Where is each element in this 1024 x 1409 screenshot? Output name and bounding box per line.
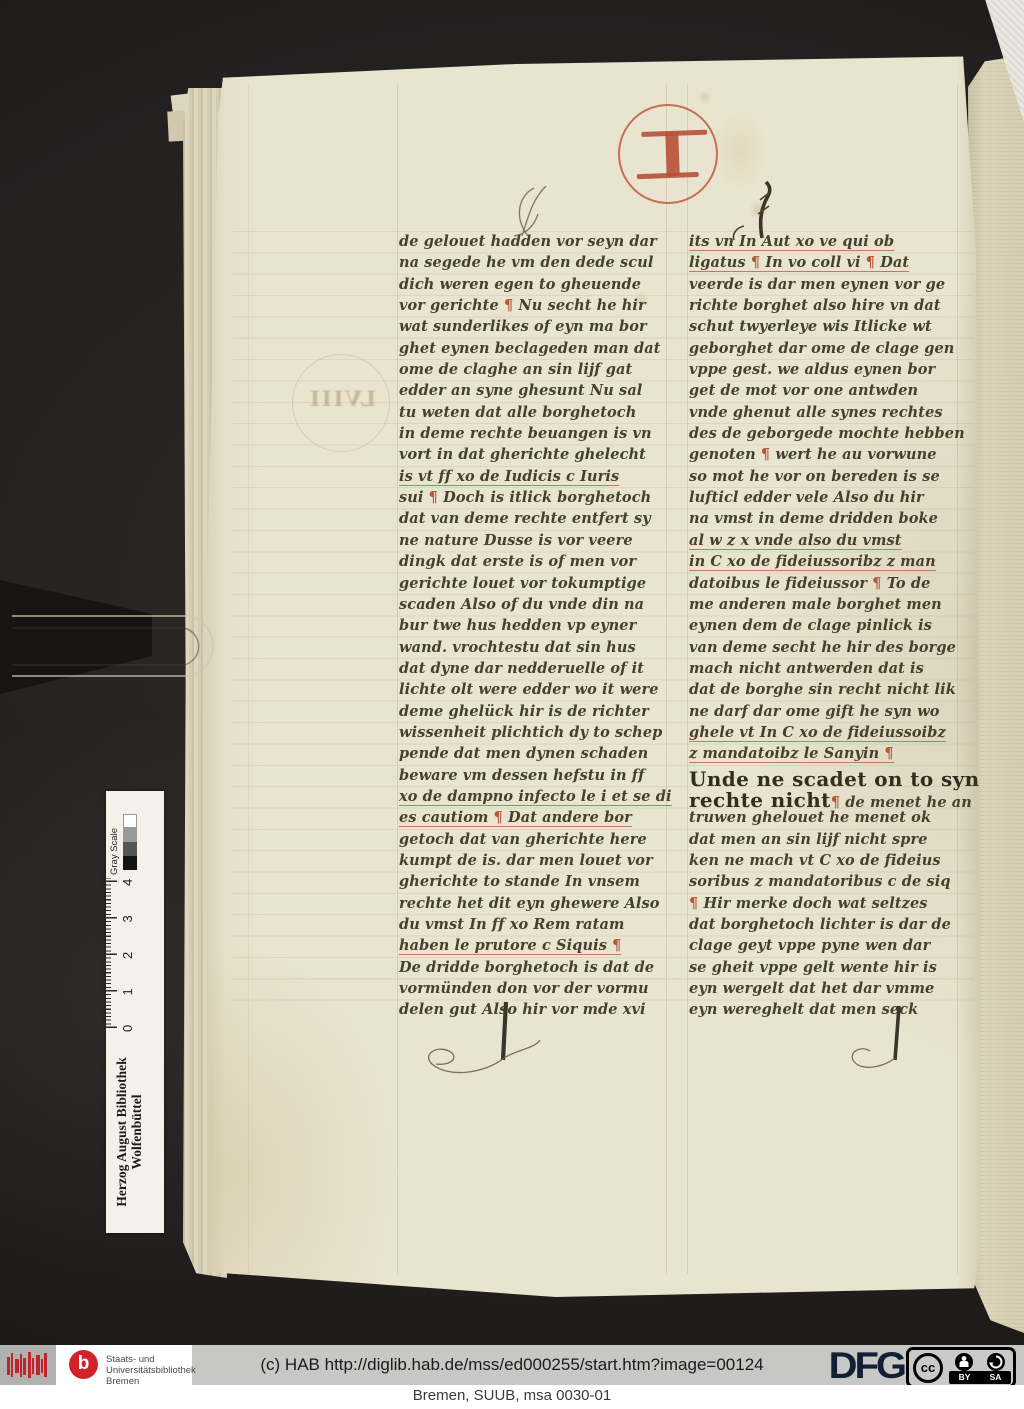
- manuscript-line: is vt ff xo de Iudicis c Iuris: [399, 468, 675, 489]
- manuscript-line: dingk dat erste is of men vor: [399, 553, 675, 574]
- manuscript-line: in deme rechte beuangen is vn: [399, 425, 675, 446]
- manuscript-line: gerichte louet vor tokumptige: [399, 575, 675, 596]
- manuscript-line: dat dyne dar nedderuelle of it: [399, 660, 675, 681]
- manuscript-line: tu weten dat alle borghetoch: [399, 404, 675, 425]
- showthrough-numeral: LVIII: [308, 386, 376, 411]
- manuscript-line: edder an syne ghesunt Nu sal: [399, 382, 675, 403]
- manuscript-line: xo de dampno infecto le i et se di: [399, 788, 675, 809]
- ruling-line: [687, 84, 688, 1274]
- manuscript-line: dat van deme rechte entfert sy: [399, 510, 675, 531]
- manuscript-line: dat de borghe sin recht nicht lik: [689, 681, 965, 702]
- manuscript-line: wand. vrochtestu dat sin hus: [399, 639, 675, 660]
- manuscript-line: ne nature Dusse is vor veere: [399, 532, 675, 553]
- manuscript-line: datoibus le fideiussor ¶ To de: [689, 575, 965, 596]
- manuscript-line: eynen dem de clage pinlick is: [689, 617, 965, 638]
- manuscript-line: lichte olt were edder wo it were: [399, 681, 675, 702]
- manuscript-line: es cautiom ¶ Dat andere bor: [399, 809, 675, 830]
- manuscript-line: vor gerichte ¶ Nu secht he hir: [399, 297, 675, 318]
- manuscript-line: wissenheit plichtich dy to schep: [399, 724, 675, 745]
- ruling-line: [397, 84, 398, 1274]
- ruler-number: 1: [120, 988, 135, 995]
- manuscript-line: its vn In Aut xo ve qui ob: [689, 233, 965, 254]
- manuscript-line: beware vm dessen hefstu in ff: [399, 767, 675, 788]
- ruler-number: 3: [120, 915, 135, 922]
- cc-by-sa-labels: BYSA: [949, 1371, 1011, 1384]
- manuscript-line: van deme secht he hir des borge: [689, 639, 965, 660]
- manuscript-line: De dridde borghetoch is dat de: [399, 959, 675, 980]
- manuscript-photo: LVIII de gelouet hadden vor seyn darna s…: [0, 0, 1024, 1345]
- dfg-logo: DFG: [829, 1346, 904, 1387]
- manuscript-line: de gelouet hadden vor seyn dar: [399, 233, 675, 254]
- manuscript-line: in C xo de fideiussoribz z man: [689, 553, 965, 574]
- manuscript-line: richte borghet also hire vn dat: [689, 297, 965, 318]
- credit-bar: b Staats- und Universitätsbibliothek Bre…: [0, 1345, 1024, 1385]
- manuscript-line: dat borghetoch lichter is dar de: [689, 916, 965, 937]
- manuscript-line: al w z x vnde also du vmst: [689, 532, 965, 553]
- text-column-right: its vn In Aut xo ve qui obligatus ¶ In v…: [689, 233, 965, 1023]
- manuscript-line: get de mot vor one antwden: [689, 382, 965, 403]
- manuscript-page: LVIII de gelouet hadden vor seyn darna s…: [200, 54, 990, 1302]
- manuscript-line: me anderen male borghet men: [689, 596, 965, 617]
- manuscript-line: vormünden don vor der vormu: [399, 980, 675, 1001]
- manuscript-line: haben le prutore c Siquis ¶: [399, 937, 675, 958]
- gray-scale-label: Gray Scale: [109, 828, 120, 875]
- shelfmark-caption: Bremen, SUUB, msa 0030-01: [0, 1385, 1024, 1409]
- manuscript-line: scaden Also of du vnde din na: [399, 596, 675, 617]
- manuscript-line: schut twyerleye wis Itlicke wt: [689, 318, 965, 339]
- manuscript-line: vnde ghenut alle synes rechtes: [689, 404, 965, 425]
- text-column-left: de gelouet hadden vor seyn darna segede …: [399, 233, 675, 1023]
- manuscript-line: lufticl edder vele Also du hir: [689, 489, 965, 510]
- manuscript-line: des de geborgede mochte hebben: [689, 425, 965, 446]
- ruler-number: 2: [120, 952, 135, 959]
- manuscript-line: gherichte to stande In vnsem: [399, 873, 675, 894]
- ruling-line: [248, 84, 249, 1274]
- manuscript-line: wat sunderlikes of eyn ma bor: [399, 318, 675, 339]
- manuscript-line: vort in dat gherichte ghelecht: [399, 446, 675, 467]
- cc-icon: cc: [913, 1353, 943, 1383]
- ruler-number: 4: [120, 879, 135, 886]
- ruler-cm-ticks: [106, 878, 117, 1028]
- institution-label: Herzog August Bibliothek Wolfenbüttel: [114, 1033, 144, 1231]
- manuscript-line: na segede he vm den dede scul: [399, 254, 675, 275]
- manuscript-line: ¶ Hir merke doch wat seltzes: [689, 895, 965, 916]
- manuscript-line: Unde ne scadet on to syne: [689, 767, 965, 788]
- chapter-numeral-I: [629, 125, 709, 184]
- manuscript-line: delen gut Also hir vor mde xvi: [399, 1001, 675, 1022]
- manuscript-line: na vmst in deme dridden boke: [689, 510, 965, 531]
- manuscript-line: eyn wereghelt dat men seck: [689, 1001, 965, 1022]
- manuscript-line: ken ne mach vt C xo de fideius: [689, 852, 965, 873]
- manuscript-line: veerde is dar men eynen vor ge: [689, 276, 965, 297]
- digitized-manuscript-screenshot: { "manuscript": { "chapter_numeral": "I"…: [0, 0, 1024, 1409]
- ruler-number: 0: [120, 1025, 135, 1032]
- manuscript-line: genoten ¶ wert he au vorwune: [689, 446, 965, 467]
- manuscript-line: ne darf dar ome gift he syn wo: [689, 703, 965, 724]
- gray-scale-patches: [123, 814, 137, 870]
- manuscript-line: eyn wergelt dat het dar vmme: [689, 980, 965, 1001]
- color-scale-ruler: Herzog August Bibliothek Wolfenbüttel 01…: [106, 791, 164, 1233]
- manuscript-line: kumpt de is. dar men louet vor: [399, 852, 675, 873]
- manuscript-line: du vmst In ff xo Rem ratam: [399, 916, 675, 937]
- manuscript-line: getoch dat van gherichte here: [399, 831, 675, 852]
- manuscript-line: truwen ghelouet he menet ok: [689, 809, 965, 830]
- manuscript-line: rechte nicht ¶ de menet he an: [689, 788, 965, 809]
- manuscript-line: ome de claghe an sin lijf gat: [399, 361, 675, 382]
- manuscript-line: sui ¶ Doch is itlick borghetoch: [399, 489, 675, 510]
- manuscript-line: pende dat men dynen schaden: [399, 745, 675, 766]
- manuscript-line: clage geyt vppe pyne wen dar: [689, 937, 965, 958]
- manuscript-line: soribus z mandatoribus c de siq: [689, 873, 965, 894]
- manuscript-line: deme ghelück hir is de richter: [399, 703, 675, 724]
- manuscript-line: se gheit vppe gelt wente hir is: [689, 959, 965, 980]
- manuscript-line: dat men an sin lijf nicht spre: [689, 831, 965, 852]
- manuscript-line: mach nicht antwerden dat is: [689, 660, 965, 681]
- manuscript-line: vppe gest. we aldus eynen bor: [689, 361, 965, 382]
- manuscript-line: z mandatoibz le Sanyin ¶: [689, 745, 965, 766]
- manuscript-line: rechte het dit eyn ghewere Also: [399, 895, 675, 916]
- manuscript-line: ligatus ¶ In vo coll vi ¶ Dat: [689, 254, 965, 275]
- manuscript-line: bur twe hus hedden vp eyner: [399, 617, 675, 638]
- manuscript-line: dich weren egen to gheuende: [399, 276, 675, 297]
- manuscript-line: so mot he vor on bereden is se: [689, 468, 965, 489]
- cc-license-badge: cc BYSA: [906, 1347, 1016, 1388]
- manuscript-line: ghele vt In C xo de fideiussoibz: [689, 724, 965, 745]
- manuscript-line: ghet eynen beclageden man dat: [399, 340, 675, 361]
- manuscript-line: geborghet dar ome de clage gen: [689, 340, 965, 361]
